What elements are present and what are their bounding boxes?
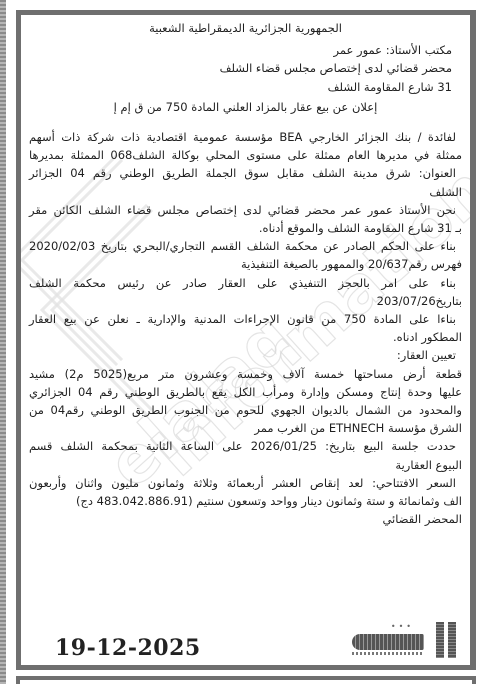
logo-dots-icon: •••	[391, 622, 414, 631]
beneficiary-paragraph: لفائدة / بنك الجزائر الخارجي BEA مؤسسة ع…	[29, 128, 462, 201]
footer: 19-12-2025 •••	[21, 617, 470, 665]
paragraph-line: العنوان: شرق مدينة الشلف مقابل سوق الجمل…	[29, 164, 462, 182]
paragraph-line: الف وثمانمائة و ستة وثمانون دينار وواحد …	[29, 492, 462, 510]
header-role: محضر قضائي لدى إختصاص مجلس قضاء الشلف	[29, 59, 462, 77]
signature: المحضر القضائي	[29, 510, 462, 528]
paragraph-line: الشرق مؤسسة ETHNECH من الغرب ممر	[29, 419, 462, 437]
paragraph-line: فهرس رقم20/637 والممهور بالصيغة التنفيذي…	[29, 255, 462, 273]
paragraph-line: والمحدود من الشمال بالديوان الجهوي للحوم…	[29, 401, 462, 419]
paragraph-line: عليها وحدة إنتاج ومسكن وإدارة ومرأب الكل…	[29, 383, 462, 401]
notice-title: إعلان عن بيع عقار بالمزاد العلني المادة …	[29, 98, 462, 116]
paragraph-line: بناء على الحكم الصادر عن محكمة الشلف الق…	[29, 237, 462, 255]
newspaper-logo-icon: •••	[346, 620, 456, 660]
legal-basis-paragraph: بناءا على المادة 750 من قانون الإجراءات …	[29, 310, 462, 346]
paragraph-line: بناء على امر بالحجز التنفيذي على العقار …	[29, 274, 462, 292]
sale-session-paragraph: حددت جلسة البيع بتاريخ: 2026/01/25 على ا…	[29, 437, 462, 473]
header-address: 31 شارع المقاومة الشلف	[29, 78, 462, 96]
adjacent-column-border	[0, 0, 6, 684]
notice-content: الجمهورية الجزائرية الديمقراطية الشعبية …	[29, 15, 462, 665]
bailiff-statement-paragraph: نحن الأستاذ عمور عمر محضر قضائي لدى إختص…	[29, 201, 462, 237]
paragraph-line: حددت جلسة البيع بتاريخ: 2026/01/25 على ا…	[29, 437, 462, 455]
paragraph-line: السعر الافتتاحي: لعد إنقاص العشر أربعمائ…	[29, 474, 462, 492]
paragraph-line: المطكور ادناه.	[29, 328, 462, 346]
next-notice-border	[16, 676, 476, 684]
logo-wordmark-icon	[352, 634, 424, 650]
paragraph-line: قطعة أرض مساحتها خمسة آلاف وخمسة وعشرون …	[29, 365, 462, 383]
property-heading: تعيين العقار:	[29, 346, 462, 364]
property-description-paragraph: قطعة أرض مساحتها خمسة آلاف وخمسة وعشرون …	[29, 365, 462, 438]
header-office: مكتب الأستاذ: عمور عمر	[29, 41, 462, 59]
logo-tagline-icon	[352, 652, 424, 655]
publication-date: 19-12-2025	[55, 635, 201, 661]
legal-notice-frame: information elalaq الجمهورية الجزائرية ا…	[16, 10, 476, 670]
seizure-order-paragraph: بناء على امر بالحجز التنفيذي على العقار …	[29, 274, 462, 310]
paragraph-line: لفائدة / بنك الجزائر الخارجي BEA مؤسسة ع…	[29, 128, 462, 146]
header-country: الجمهورية الجزائرية الديمقراطية الشعبية	[29, 19, 462, 37]
paragraph-line: البيوع العقارية	[29, 456, 462, 474]
paragraph-line: بتاريخ203/07/26	[29, 292, 462, 310]
paragraph-line: بناءا على المادة 750 من قانون الإجراءات …	[29, 310, 462, 328]
logo-alif-lam-icon	[430, 622, 456, 658]
paragraph-line: الشلف	[29, 183, 462, 201]
paragraph-line: نحن الأستاذ عمور عمر محضر قضائي لدى إختص…	[29, 201, 462, 219]
paragraph-line: ممثلة في مديرها العام ممثلة على مستوى ال…	[29, 146, 462, 164]
opening-price-paragraph: السعر الافتتاحي: لعد إنقاص العشر أربعمائ…	[29, 474, 462, 510]
judgment-paragraph: بناء على الحكم الصادر عن محكمة الشلف الق…	[29, 237, 462, 273]
paragraph-line: بـ 31 شارع المقاومة الشلف والموقع أدناه.	[29, 219, 462, 237]
